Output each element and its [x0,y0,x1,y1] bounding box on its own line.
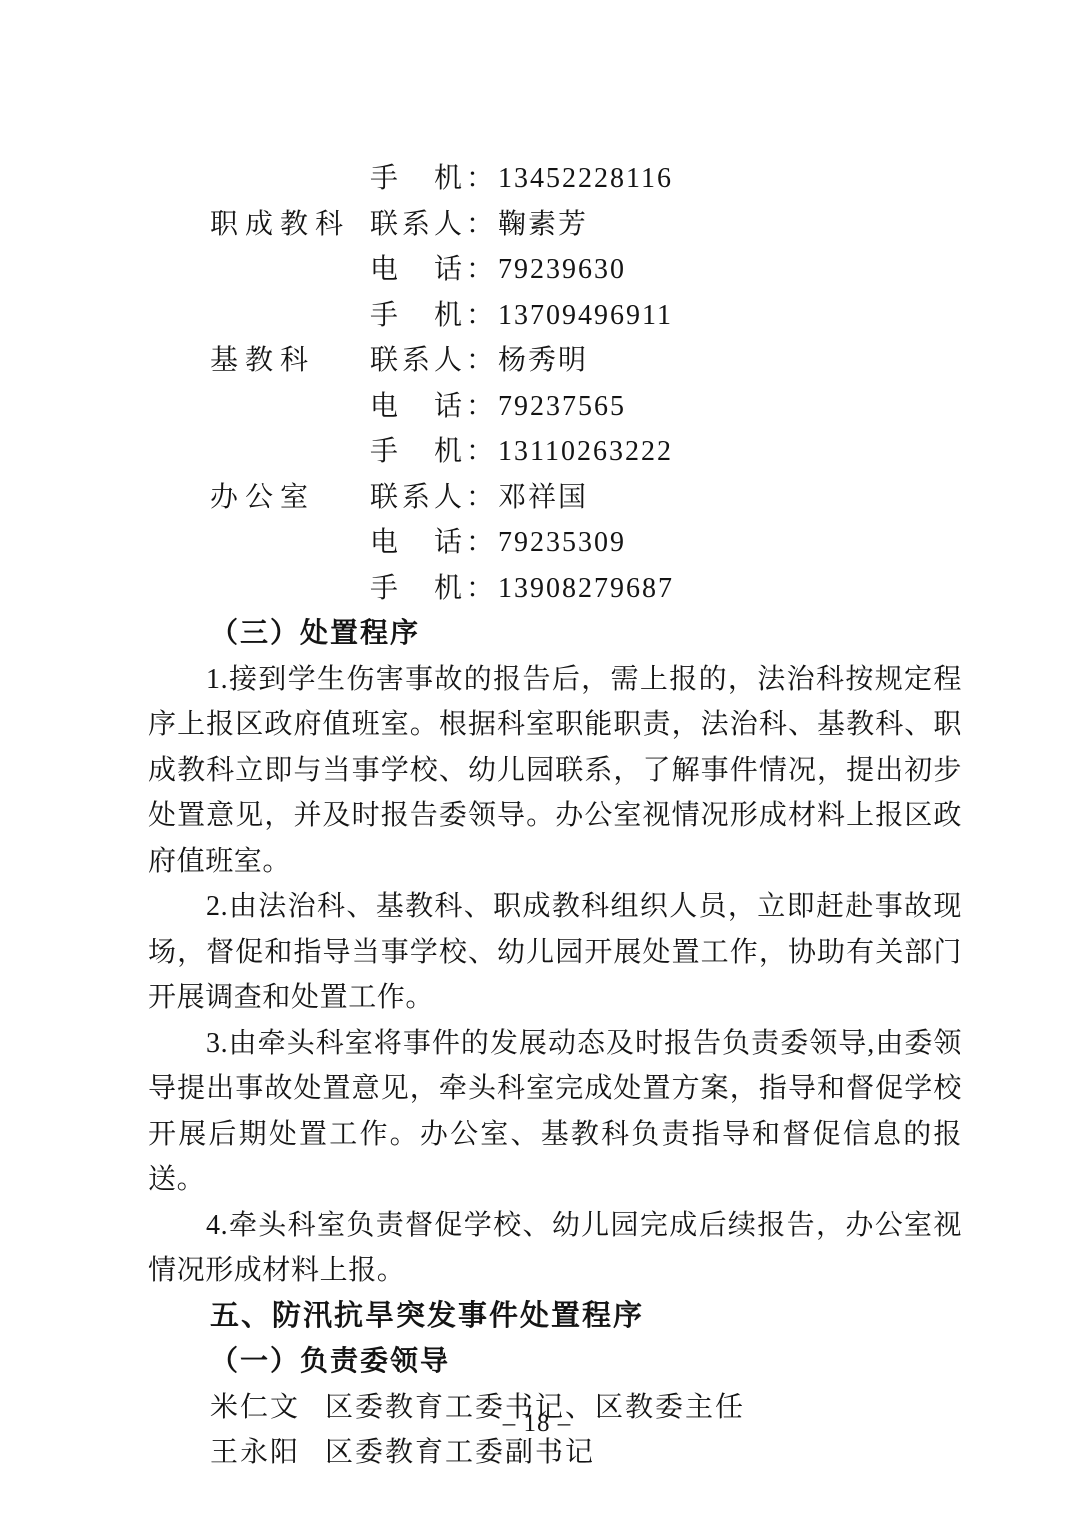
leader-title: 区委教育工委副书记 [325,1437,595,1468]
contact-row: 手 机：13908279687 [148,566,962,612]
field-label: 手 机： [370,163,498,194]
section-heading-flood-drought: 五、防汛抗旱突发事件处置程序 [148,1294,962,1340]
field-value: 13110263222 [498,436,673,467]
department-label: 基教科 [210,338,370,384]
contact-row: 手 机：13110263222 [148,429,962,475]
paragraph-2: 2.由法治科、基教科、职成教科组织人员，立即赶赴事故现场，督促和指导当事学校、幼… [148,884,962,1021]
field-value: 13908279687 [498,573,674,604]
field-label: 电 话： [370,391,498,422]
field-value: 13452228116 [498,163,673,194]
field-label: 手 机： [370,436,498,467]
paragraph-4: 4.牵头科室负责督促学校、幼儿园完成后续报告，办公室视情况形成材料上报。 [148,1203,962,1294]
paragraph-3: 3.由牵头科室将事件的发展动态及时报告负责委领导,由委领导提出事故处置意见，牵头… [148,1021,962,1203]
field-label: 联系人： [370,482,498,513]
contact-row: 电 话：79239630 [148,247,962,293]
field-value: 79235309 [498,527,626,558]
field-value: 鞠素芳 [498,209,588,240]
contact-list: 手 机：13452228116 职成教科联系人：鞠素芳 电 话：79239630… [148,156,962,611]
field-value: 13709496911 [498,300,673,331]
contact-row: 手 机：13452228116 [148,156,962,202]
contact-row: 电 话：79237565 [148,384,962,430]
document-page: 手 机：13452228116 职成教科联系人：鞠素芳 电 话：79239630… [0,0,1074,1520]
department-label: 职成教科 [210,202,370,248]
field-value: 79239630 [498,254,626,285]
field-label: 电 话： [370,527,498,558]
contact-row: 手 机：13709496911 [148,293,962,339]
field-value: 79237565 [498,391,626,422]
field-label: 电 话： [370,254,498,285]
section-heading-disposal-procedure: （三）处置程序 [148,611,962,657]
contact-row: 电 话：79235309 [148,520,962,566]
contact-row: 职成教科联系人：鞠素芳 [148,202,962,248]
field-value: 杨秀明 [498,345,588,376]
sub-heading-responsible-leaders: （一）负责委领导 [148,1339,962,1385]
page-content: 手 机：13452228116 职成教科联系人：鞠素芳 电 话：79239630… [148,156,962,1476]
field-label: 联系人： [370,209,498,240]
department-label: 办公室 [210,475,370,521]
contact-row: 办公室联系人：邓祥国 [148,475,962,521]
field-label: 手 机： [370,573,498,604]
page-number: – 18 – [0,1410,1074,1438]
field-value: 邓祥国 [498,482,588,513]
contact-row: 基教科联系人：杨秀明 [148,338,962,384]
paragraph-1: 1.接到学生伤害事故的报告后，需上报的，法治科按规定程序上报区政府值班室。根据科… [148,657,962,885]
field-label: 手 机： [370,300,498,331]
field-label: 联系人： [370,345,498,376]
